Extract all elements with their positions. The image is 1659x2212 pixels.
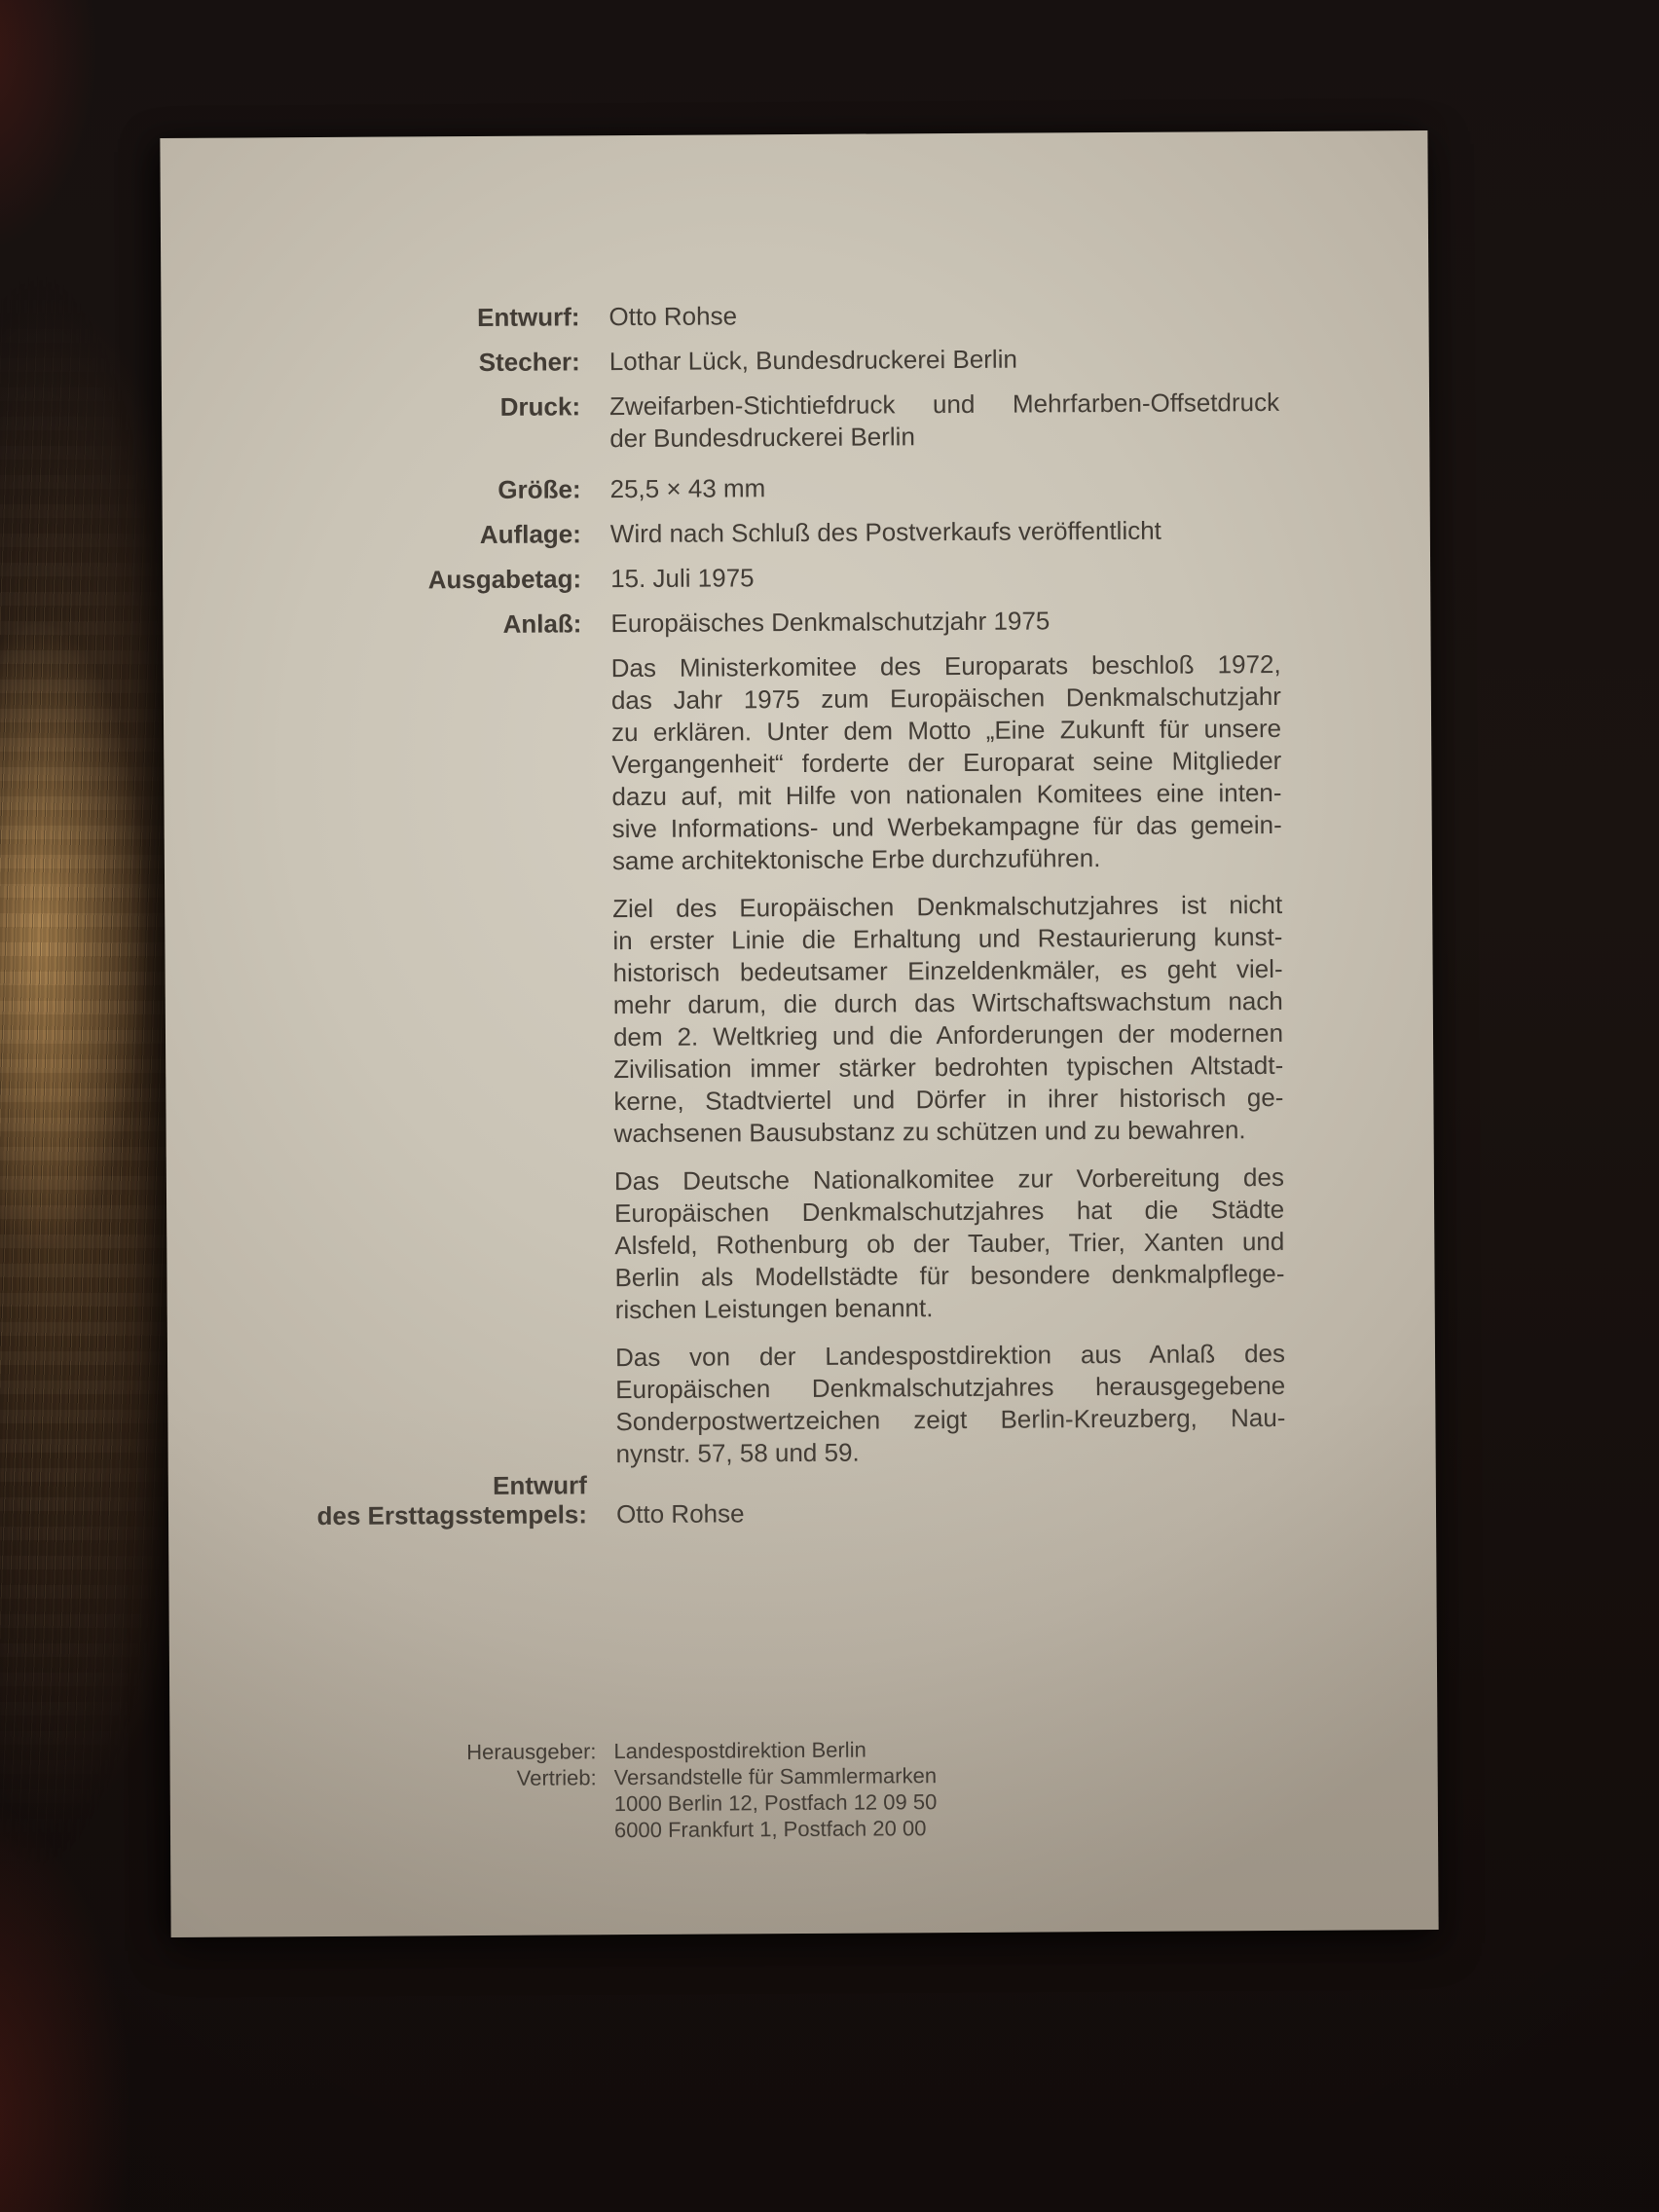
body-paragraph: Das von der Landespostdirektion aus Anla…: [615, 1338, 1286, 1470]
info-rows: Entwurf: Otto Rohse Stecher: Lothar Lück…: [161, 296, 1430, 643]
text-line: Wird nach Schluß des Postverkaufs veröff…: [610, 514, 1280, 550]
body-paragraph: Das Deutsche Nationalkomitee zur Vorbere…: [614, 1161, 1285, 1326]
text-line: Berlin als Modellstädte für besondere de…: [614, 1258, 1284, 1294]
footer-value: 1000 Berlin 12, Postfach 12 09 50: [614, 1788, 938, 1817]
text-line: wachsenen Bausubstanz zu schützen und zu…: [614, 1114, 1284, 1150]
text-line: dem 2. Weltkrieg und die Anforderungen d…: [613, 1017, 1283, 1053]
footer-value: 6000 Frankfurt 1, Postfach 20 00: [614, 1815, 927, 1843]
text-line: Europäischen Denkmalschutzjahres hat die…: [614, 1194, 1284, 1230]
info-row: Anlaß: Europäisches Denkmalschutzjahr 19…: [163, 603, 1430, 643]
body-paragraph: Ziel des Europäischen Denkmalschutzjahre…: [612, 889, 1284, 1150]
info-value: Europäisches Denkmalschutzjahr 1975: [610, 604, 1280, 640]
stamp-designer-label-line1: Entwurf: [168, 1470, 587, 1502]
info-row: Stecher: Lothar Lück, Bundesdruckerei Be…: [162, 341, 1429, 381]
text-line: Das Ministerkomitee des Europarats besch…: [611, 648, 1281, 684]
info-label: Druck:: [162, 390, 580, 458]
footer-label: Vertrieb:: [170, 1764, 597, 1793]
info-row: Ausgabetag: 15. Juli 1975: [163, 558, 1430, 598]
info-label: Größe:: [162, 473, 580, 508]
stamp-designer-label: Entwurf des Ersttagsstempels:: [168, 1470, 587, 1531]
info-row: Entwurf: Otto Rohse: [161, 296, 1428, 336]
text-line: Sonderpostwertzeichen zeigt Berlin-Kreuz…: [615, 1402, 1285, 1438]
text-line: das Jahr 1975 zum Europäischen Denkmalsc…: [611, 681, 1281, 717]
text-line: kerne, Stadtviertel und Dörfer in ihrer …: [613, 1082, 1283, 1118]
footer-label: [170, 1790, 597, 1820]
text-line: sive Informations- und Werbekampagne für…: [612, 809, 1282, 845]
text-line: 15. Juli 1975: [610, 559, 1280, 595]
text-line: Ziel des Europäischen Denkmalschutzjahre…: [612, 889, 1282, 925]
info-row: Druck: Zweifarben-Stichtiefdruck und Meh…: [162, 386, 1429, 458]
text-line: Alsfeld, Rothenburg ob der Tauber, Trier…: [614, 1226, 1284, 1262]
info-label: Stecher:: [162, 346, 580, 381]
stamp-designer-row: Entwurf des Ersttagsstempels: Otto Rohse: [168, 1465, 1436, 1531]
text-line: historisch bedeutsamer Einzeldenkmäler, …: [613, 953, 1283, 989]
text-line: Das Deutsche Nationalkomitee zur Vorbere…: [614, 1161, 1284, 1198]
document-sheet: Entwurf: Otto Rohse Stecher: Lothar Lück…: [160, 130, 1438, 1937]
text-line: rischen Leistungen benannt.: [615, 1290, 1285, 1326]
text-line: zu erklären. Unter dem Motto „Eine Zukun…: [611, 713, 1281, 749]
stamp-designer-label-line2: des Ersttagsstempels:: [168, 1499, 587, 1531]
footer-value: Landespostdirektion Berlin: [613, 1737, 866, 1765]
text-line: Europäisches Denkmalschutzjahr 1975: [610, 604, 1280, 640]
footer-label: Herausgeber:: [169, 1738, 596, 1767]
stamp-designer-value: Otto Rohse: [616, 1498, 745, 1529]
text-line: same architektonische Erbe durchzuführen…: [612, 841, 1282, 877]
text-line: Zivilisation immer stärker bedrohten typ…: [613, 1050, 1283, 1086]
info-label: Auflage:: [163, 518, 581, 553]
info-label: Anlaß:: [163, 608, 581, 643]
text-line: nynstr. 57, 58 und 59.: [616, 1434, 1286, 1470]
info-value: Wird nach Schluß des Postverkaufs veröff…: [610, 514, 1280, 550]
text-line: dazu auf, mit Hilfe von nationalen Komit…: [611, 777, 1281, 813]
text-line: mehr darum, die durch das Wirtschaftswac…: [613, 985, 1283, 1021]
text-line: Europäischen Denkmalschutzjahres herausg…: [615, 1370, 1285, 1406]
document-content: Entwurf: Otto Rohse Stecher: Lothar Lück…: [160, 130, 1438, 1937]
text-line: Vergangenheit“ forderte der Europarat se…: [611, 745, 1281, 781]
info-row: Größe: 25,5 × 43 mm: [162, 468, 1429, 508]
info-value: Otto Rohse: [608, 297, 1278, 333]
wood-table-background: Entwurf: Otto Rohse Stecher: Lothar Lück…: [0, 0, 1659, 2212]
text-line: Lothar Lück, Bundesdruckerei Berlin: [609, 342, 1279, 378]
info-label: Entwurf:: [161, 301, 579, 336]
text-line: 25,5 × 43 mm: [609, 469, 1279, 505]
text-line: Zweifarben-Stichtiefdruck und Mehrfarben…: [609, 387, 1279, 423]
text-line: der Bundesdruckerei Berlin: [609, 419, 1279, 455]
text-line: Otto Rohse: [608, 297, 1278, 333]
footer-value: Versandstelle für Sammlermarken: [614, 1762, 938, 1790]
text-line: in erster Linie die Erhaltung und Restau…: [612, 921, 1282, 957]
info-label: Ausgabetag:: [163, 563, 581, 598]
info-value: 25,5 × 43 mm: [609, 469, 1279, 505]
publisher-footer: Herausgeber: Landespostdirektion Berlin …: [169, 1733, 1438, 1846]
text-line: Das von der Landespostdirektion aus Anla…: [615, 1338, 1285, 1374]
body-paragraphs: Das Ministerkomitee des Europarats besch…: [164, 647, 1436, 1473]
body-paragraph: Das Ministerkomitee des Europarats besch…: [611, 648, 1282, 877]
info-row: Auflage: Wird nach Schluß des Postverkau…: [163, 513, 1430, 553]
info-value: Lothar Lück, Bundesdruckerei Berlin: [609, 342, 1279, 378]
info-value: 15. Juli 1975: [610, 559, 1280, 595]
footer-label: [170, 1817, 597, 1846]
info-value: Zweifarben-Stichtiefdruck und Mehrfarben…: [609, 387, 1279, 455]
